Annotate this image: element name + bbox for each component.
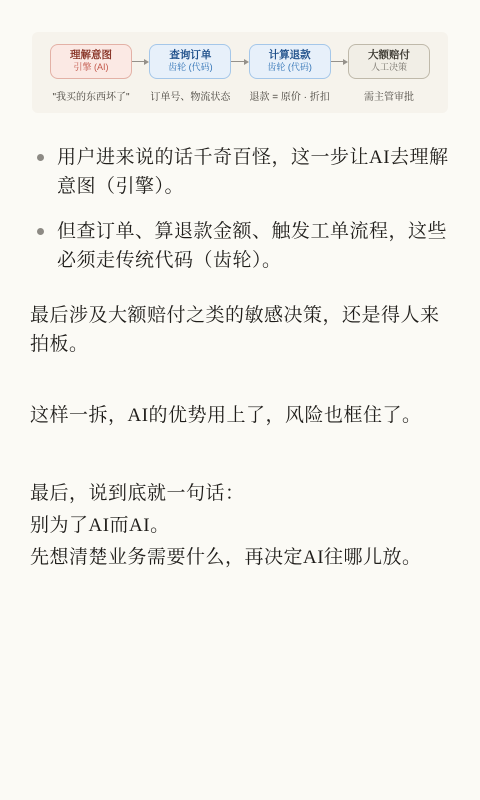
flow-node-query-order: 查询订单 齿轮 (代码)	[149, 44, 231, 79]
bullet-text: 但查订单、算退款金额、触发工单流程，这些必须走传统代码（齿轮）。	[57, 221, 447, 271]
arrow-line	[331, 61, 343, 62]
arrow-line	[231, 61, 243, 62]
flow-step-query-order: 查询订单 齿轮 (代码) 订单号、物流状态	[149, 44, 231, 103]
flow-step-calc-refund: 计算退款 齿轮 (代码) 退款 = 原价 · 折扣	[249, 44, 331, 103]
closing-line-1: 最后，说到底就一句话：	[30, 478, 450, 510]
closing-block: 最后，说到底就一句话： 别为了AI而AI。 先想清楚业务需要什么，再决定AI往哪…	[30, 478, 450, 574]
flow-diagram: 理解意图 引擎 (AI) "我买的东西坏了" 查询订单 齿轮 (代码) 订单号、…	[32, 32, 448, 113]
closing-line-3: 先想清楚业务需要什么，再决定AI往哪儿放。	[30, 542, 450, 574]
bullet-dot-icon	[37, 154, 44, 161]
flow-node-title: 计算退款	[269, 49, 311, 62]
flow-node-title: 查询订单	[169, 49, 211, 62]
flow-node-understand-intent: 理解意图 引擎 (AI)	[50, 44, 132, 79]
bullet-list: 用户进来说的话千奇百怪，这一步让AI去理解意图（引擎）。 但查订单、算退款金额、…	[30, 143, 450, 275]
arrow-right-icon	[132, 44, 149, 79]
article-body: 用户进来说的话千奇百怪，这一步让AI去理解意图（引擎）。 但查订单、算退款金额、…	[0, 143, 480, 574]
flow-step-understand-intent: 理解意图 引擎 (AI) "我买的东西坏了"	[50, 44, 132, 103]
flow-node-subtitle: 人工决策	[371, 62, 407, 73]
flow-node-title: 理解意图	[70, 49, 112, 62]
flow-node-caption: 退款 = 原价 · 折扣	[250, 88, 330, 103]
flow-node-subtitle: 齿轮 (代码)	[267, 62, 312, 73]
paragraph-sensitive-decision: 最后涉及大额赔付之类的敏感决策，还是得人来拍板。	[30, 301, 450, 359]
bullet-text: 用户进来说的话千奇百怪，这一步让AI去理解意图（引擎）。	[57, 147, 449, 197]
flow-node-calc-refund: 计算退款 齿轮 (代码)	[249, 44, 331, 79]
flow-node-subtitle: 引擎 (AI)	[74, 62, 109, 73]
flow-step-large-payout: 大额赔付 人工决策 需主管审批	[348, 44, 430, 103]
closing-line-2: 别为了AI而AI。	[30, 510, 450, 542]
flow-node-large-payout: 大额赔付 人工决策	[348, 44, 430, 79]
flow-node-subtitle: 齿轮 (代码)	[168, 62, 213, 73]
arrow-right-icon	[331, 44, 348, 79]
flow-node-caption: 需主管审批	[364, 88, 414, 103]
bullet-item-intent: 用户进来说的话千奇百怪，这一步让AI去理解意图（引擎）。	[30, 143, 450, 201]
flow-node-caption: "我买的东西坏了"	[52, 88, 129, 103]
flow-node-caption: 订单号、物流状态	[150, 88, 230, 103]
arrow-right-icon	[231, 44, 248, 79]
paragraph-split-benefit: 这样一拆，AI的优势用上了，风险也框住了。	[30, 401, 450, 430]
flow-node-title: 大额赔付	[368, 49, 410, 62]
bullet-dot-icon	[37, 228, 44, 235]
bullet-item-code: 但查订单、算退款金额、触发工单流程，这些必须走传统代码（齿轮）。	[30, 217, 450, 275]
arrow-line	[132, 61, 144, 62]
